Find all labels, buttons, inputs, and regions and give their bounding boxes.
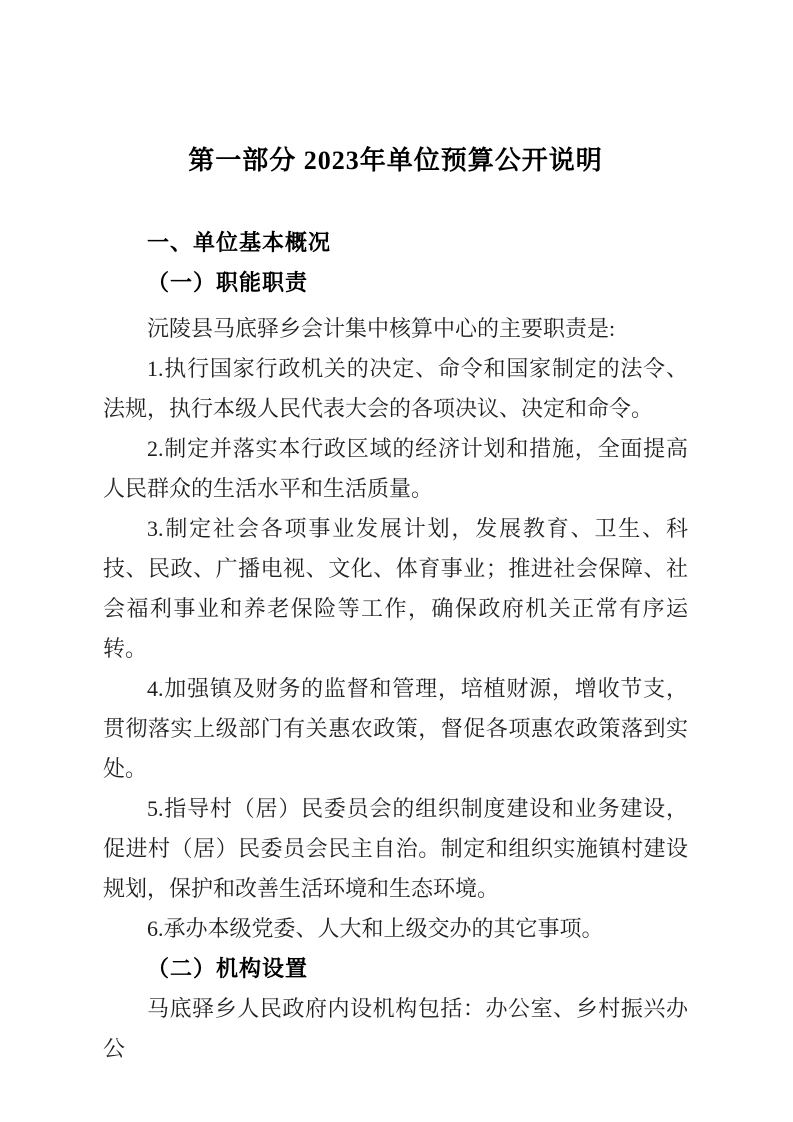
section-heading-unit-basic-overview: 一、单位基本概况 bbox=[103, 223, 688, 263]
subsection-heading-organization-setup: （二）机构设置 bbox=[103, 949, 688, 989]
paragraph-duty-6: 6.承办本级党委、人大和上级交办的其它事项。 bbox=[103, 909, 688, 949]
paragraph-duty-1: 1.执行国家行政机关的决定、命令和国家制定的法令、法规，执行本级人民代表大会的各… bbox=[103, 349, 688, 429]
paragraph-organization-intro: 马底驿乡人民政府内设机构包括：办公室、乡村振兴办公 bbox=[103, 989, 688, 1069]
paragraph-duty-2: 2.制定并落实本行政区域的经济计划和措施，全面提高人民群众的生活水平和生活质量。 bbox=[103, 429, 688, 509]
paragraph-duty-3: 3.制定社会各项事业发展计划，发展教育、卫生、科技、民政、广播电视、文化、体育事… bbox=[103, 509, 688, 669]
duties-paragraph-group: 沅陵县马底驿乡会计集中核算中心的主要职责是: 1.执行国家行政机关的决定、命令和… bbox=[103, 309, 688, 949]
organization-paragraph-group: 马底驿乡人民政府内设机构包括：办公室、乡村振兴办公 bbox=[103, 989, 688, 1069]
paragraph-duty-4: 4.加强镇及财务的监督和管理，培植财源，增收节支，贯彻落实上级部门有关惠农政策，… bbox=[103, 669, 688, 789]
subsection-heading-duties: （一）职能职责 bbox=[103, 263, 688, 303]
document-title: 第一部分 2023年单位预算公开说明 bbox=[103, 141, 688, 181]
paragraph-duty-5: 5.指导村（居）民委员会的组织制度建设和业务建设，促进村（居）民委员会民主自治。… bbox=[103, 789, 688, 909]
document-page: 第一部分 2023年单位预算公开说明 一、单位基本概况 （一）职能职责 沅陵县马… bbox=[0, 0, 793, 1122]
paragraph-duties-intro: 沅陵县马底驿乡会计集中核算中心的主要职责是: bbox=[103, 309, 688, 349]
